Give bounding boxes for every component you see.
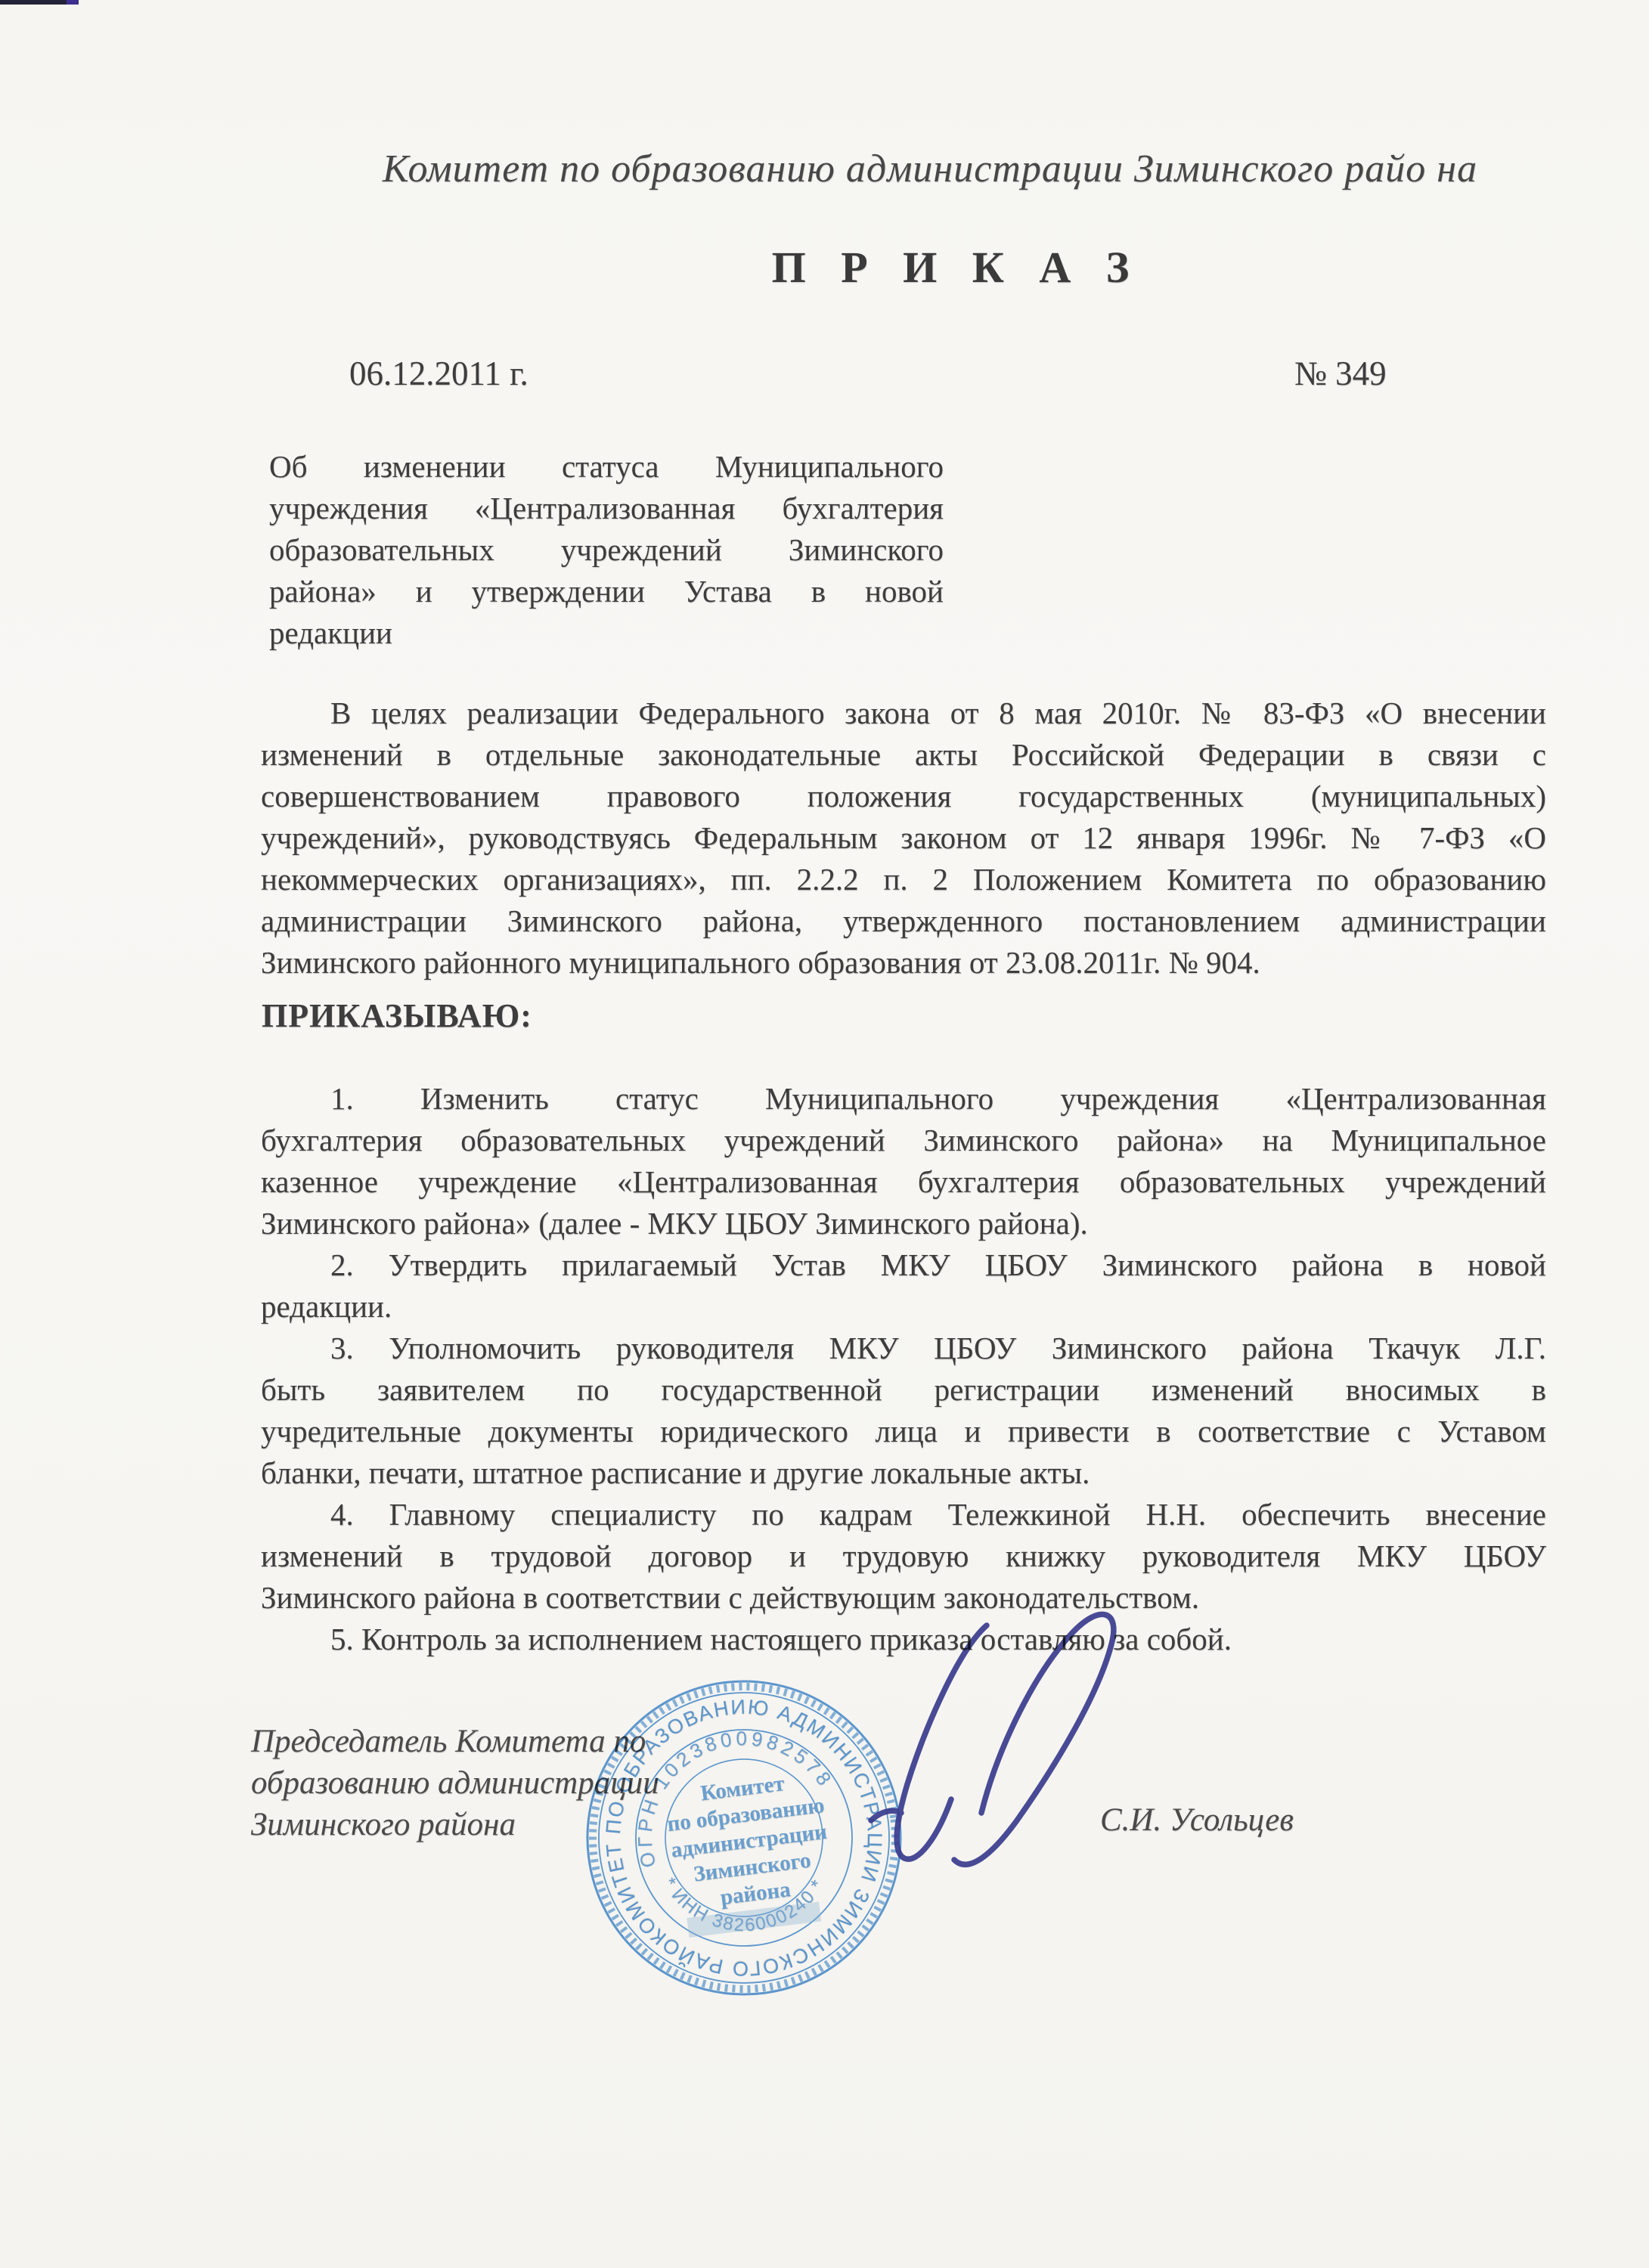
text-line: Зиминского района» (далее - МКУ ЦБОУ Зим…	[261, 1203, 1546, 1244]
text-line: района» и утверждении Устава в новой	[269, 571, 944, 612]
text-line: 3. Уполномочить руководителя МКУ ЦБОУ Зи…	[261, 1328, 1546, 1369]
text-line: учреждения «Централизованная бухгалтерия	[269, 488, 944, 529]
text-line: изменений в отдельные законодательные ак…	[261, 734, 1546, 776]
text-line: администрации Зиминского района, утвержд…	[261, 900, 1546, 942]
text-line: Зиминского района	[251, 1804, 931, 1845]
text-line: редакции.	[261, 1286, 1546, 1328]
scanner-edge-artifact-dot	[67, 0, 79, 5]
text-line: изменений в трудовой договор и трудовую …	[261, 1535, 1546, 1577]
text-line: учредительные документы юридического лиц…	[261, 1411, 1546, 1452]
svg-text:Зиминского: Зиминского	[693, 1848, 813, 1887]
document-date: 06.12.2011 г.	[349, 354, 528, 393]
svg-text:района: района	[719, 1877, 792, 1910]
text-line: В целях реализации Федерального закона о…	[261, 692, 1546, 734]
organization-name: Комитет по образованию администрации Зим…	[227, 147, 1633, 191]
order-item-2: 2. Утвердить прилагаемый Устав МКУ ЦБОУ …	[261, 1244, 1546, 1328]
text-line: некоммерческих организациях», пп. 2.2.2 …	[261, 859, 1546, 900]
text-line: Об изменении статуса Муниципального	[269, 446, 944, 488]
text-line: редакции	[269, 612, 944, 654]
signer-name: С.И. Усольцев	[1100, 1802, 1294, 1839]
text-line: Председатель Комитета по	[251, 1721, 931, 1762]
document-title: П Р И К А З	[265, 242, 1648, 293]
text-line: казенное учреждение «Централизованная бу…	[261, 1161, 1546, 1203]
text-line: Зиминского районного муниципального обра…	[261, 942, 1546, 984]
text-line: учреждений», руководствуясь Федеральным …	[261, 817, 1546, 859]
text-line: бланки, печати, штатное расписание и дру…	[261, 1452, 1546, 1494]
order-item-1: 1. Изменить статус Муниципального учрежд…	[261, 1078, 1546, 1244]
order-item-3: 3. Уполномочить руководителя МКУ ЦБОУ Зи…	[261, 1328, 1546, 1494]
order-item-4: 4. Главному специалисту по кадрам Тележк…	[261, 1494, 1546, 1619]
text-line: совершенствованием правового положения г…	[261, 776, 1546, 817]
order-keyword: ПРИКАЗЫВАЮ:	[262, 996, 532, 1035]
text-line: Зиминского района в соответствии с дейст…	[261, 1577, 1546, 1619]
preamble-paragraph: В целях реализации Федерального закона о…	[261, 692, 1546, 984]
text-line: 1. Изменить статус Муниципального учрежд…	[261, 1078, 1546, 1120]
stamp-microtext-band	[687, 1902, 821, 1938]
signer-position: Председатель Комитета пообразованию адми…	[251, 1721, 931, 1845]
scanned-order-document: Комитет по образованию администрации Зим…	[0, 0, 1649, 2268]
text-line: бухгалтерия образовательных учреждений З…	[261, 1120, 1546, 1161]
text-line: образовательных учреждений Зиминского	[269, 529, 944, 571]
subject-paragraph: Об изменении статуса Муниципальногоучреж…	[269, 446, 944, 654]
text-line: 5. Контроль за исполнением настоящего пр…	[261, 1619, 1546, 1660]
text-line: 2. Утвердить прилагаемый Устав МКУ ЦБОУ …	[261, 1244, 1546, 1286]
stamp-inn-text: * ИНН 3826000240 *	[658, 1856, 833, 1946]
text-line: быть заявителем по государственной регис…	[261, 1369, 1546, 1411]
document-number: № 349	[1294, 354, 1387, 393]
order-item-5: 5. Контроль за исполнением настоящего пр…	[261, 1619, 1546, 1660]
scanner-edge-artifact	[0, 0, 67, 5]
text-line: 4. Главному специалисту по кадрам Тележк…	[261, 1494, 1546, 1535]
text-line: образованию администрации	[251, 1762, 931, 1804]
